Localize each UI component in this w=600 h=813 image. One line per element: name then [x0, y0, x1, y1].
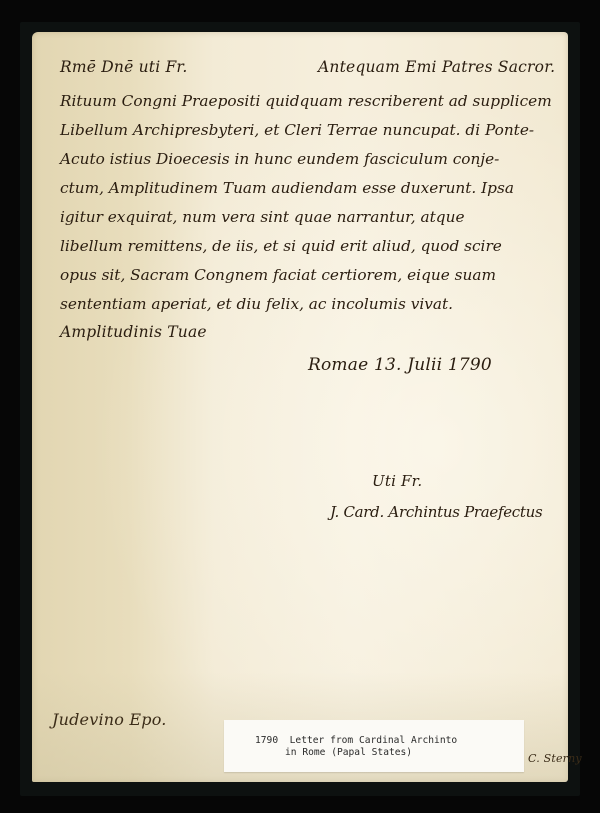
body-line: igitur exquirat, num vera sint quae narr…: [60, 203, 560, 232]
valediction: Uti Fr.: [372, 472, 422, 490]
body-line: opus sit, Sacram Congnem faciat certiore…: [60, 261, 560, 290]
closing-phrase: Amplitudinis Tuae: [60, 323, 207, 341]
archive-label-line-2: in Rome (Papal States): [224, 747, 524, 759]
opening-phrase: Antequam Emi Patres Sacror.: [318, 58, 555, 76]
body-line: libellum remittens, de iis, et si quid e…: [60, 232, 560, 261]
archive-label-line-1: 1790 Letter from Cardinal Archinto: [224, 735, 524, 747]
body-line: Libellum Archipresbyteri, et Cleri Terra…: [60, 116, 560, 145]
corner-signature: C. Sterny: [528, 752, 582, 765]
dateline: Romae 13. Julii 1790: [308, 355, 492, 375]
body-line: Acuto istius Dioecesis in hunc eundem fa…: [60, 145, 560, 174]
archive-label: 1790 Letter from Cardinal Archinto in Ro…: [224, 720, 524, 772]
body-line: sententiam aperiat, et diu felix, ac inc…: [60, 290, 560, 319]
cardinal-signature: J. Card. Archintus Praefectus: [330, 503, 542, 521]
secretary-signature: Judevino Epo.: [52, 710, 167, 729]
salutation: Rmē Dnē uti Fr.: [60, 58, 187, 76]
letter-body: Rituum Congni Praepositi quidquam rescri…: [60, 87, 560, 319]
archive-label-text: 1790 Letter from Cardinal Archinto in Ro…: [224, 735, 524, 759]
body-line: ctum, Amplitudinem Tuam audiendam esse d…: [60, 174, 560, 203]
body-line: Rituum Congni Praepositi quidquam rescri…: [60, 87, 560, 116]
